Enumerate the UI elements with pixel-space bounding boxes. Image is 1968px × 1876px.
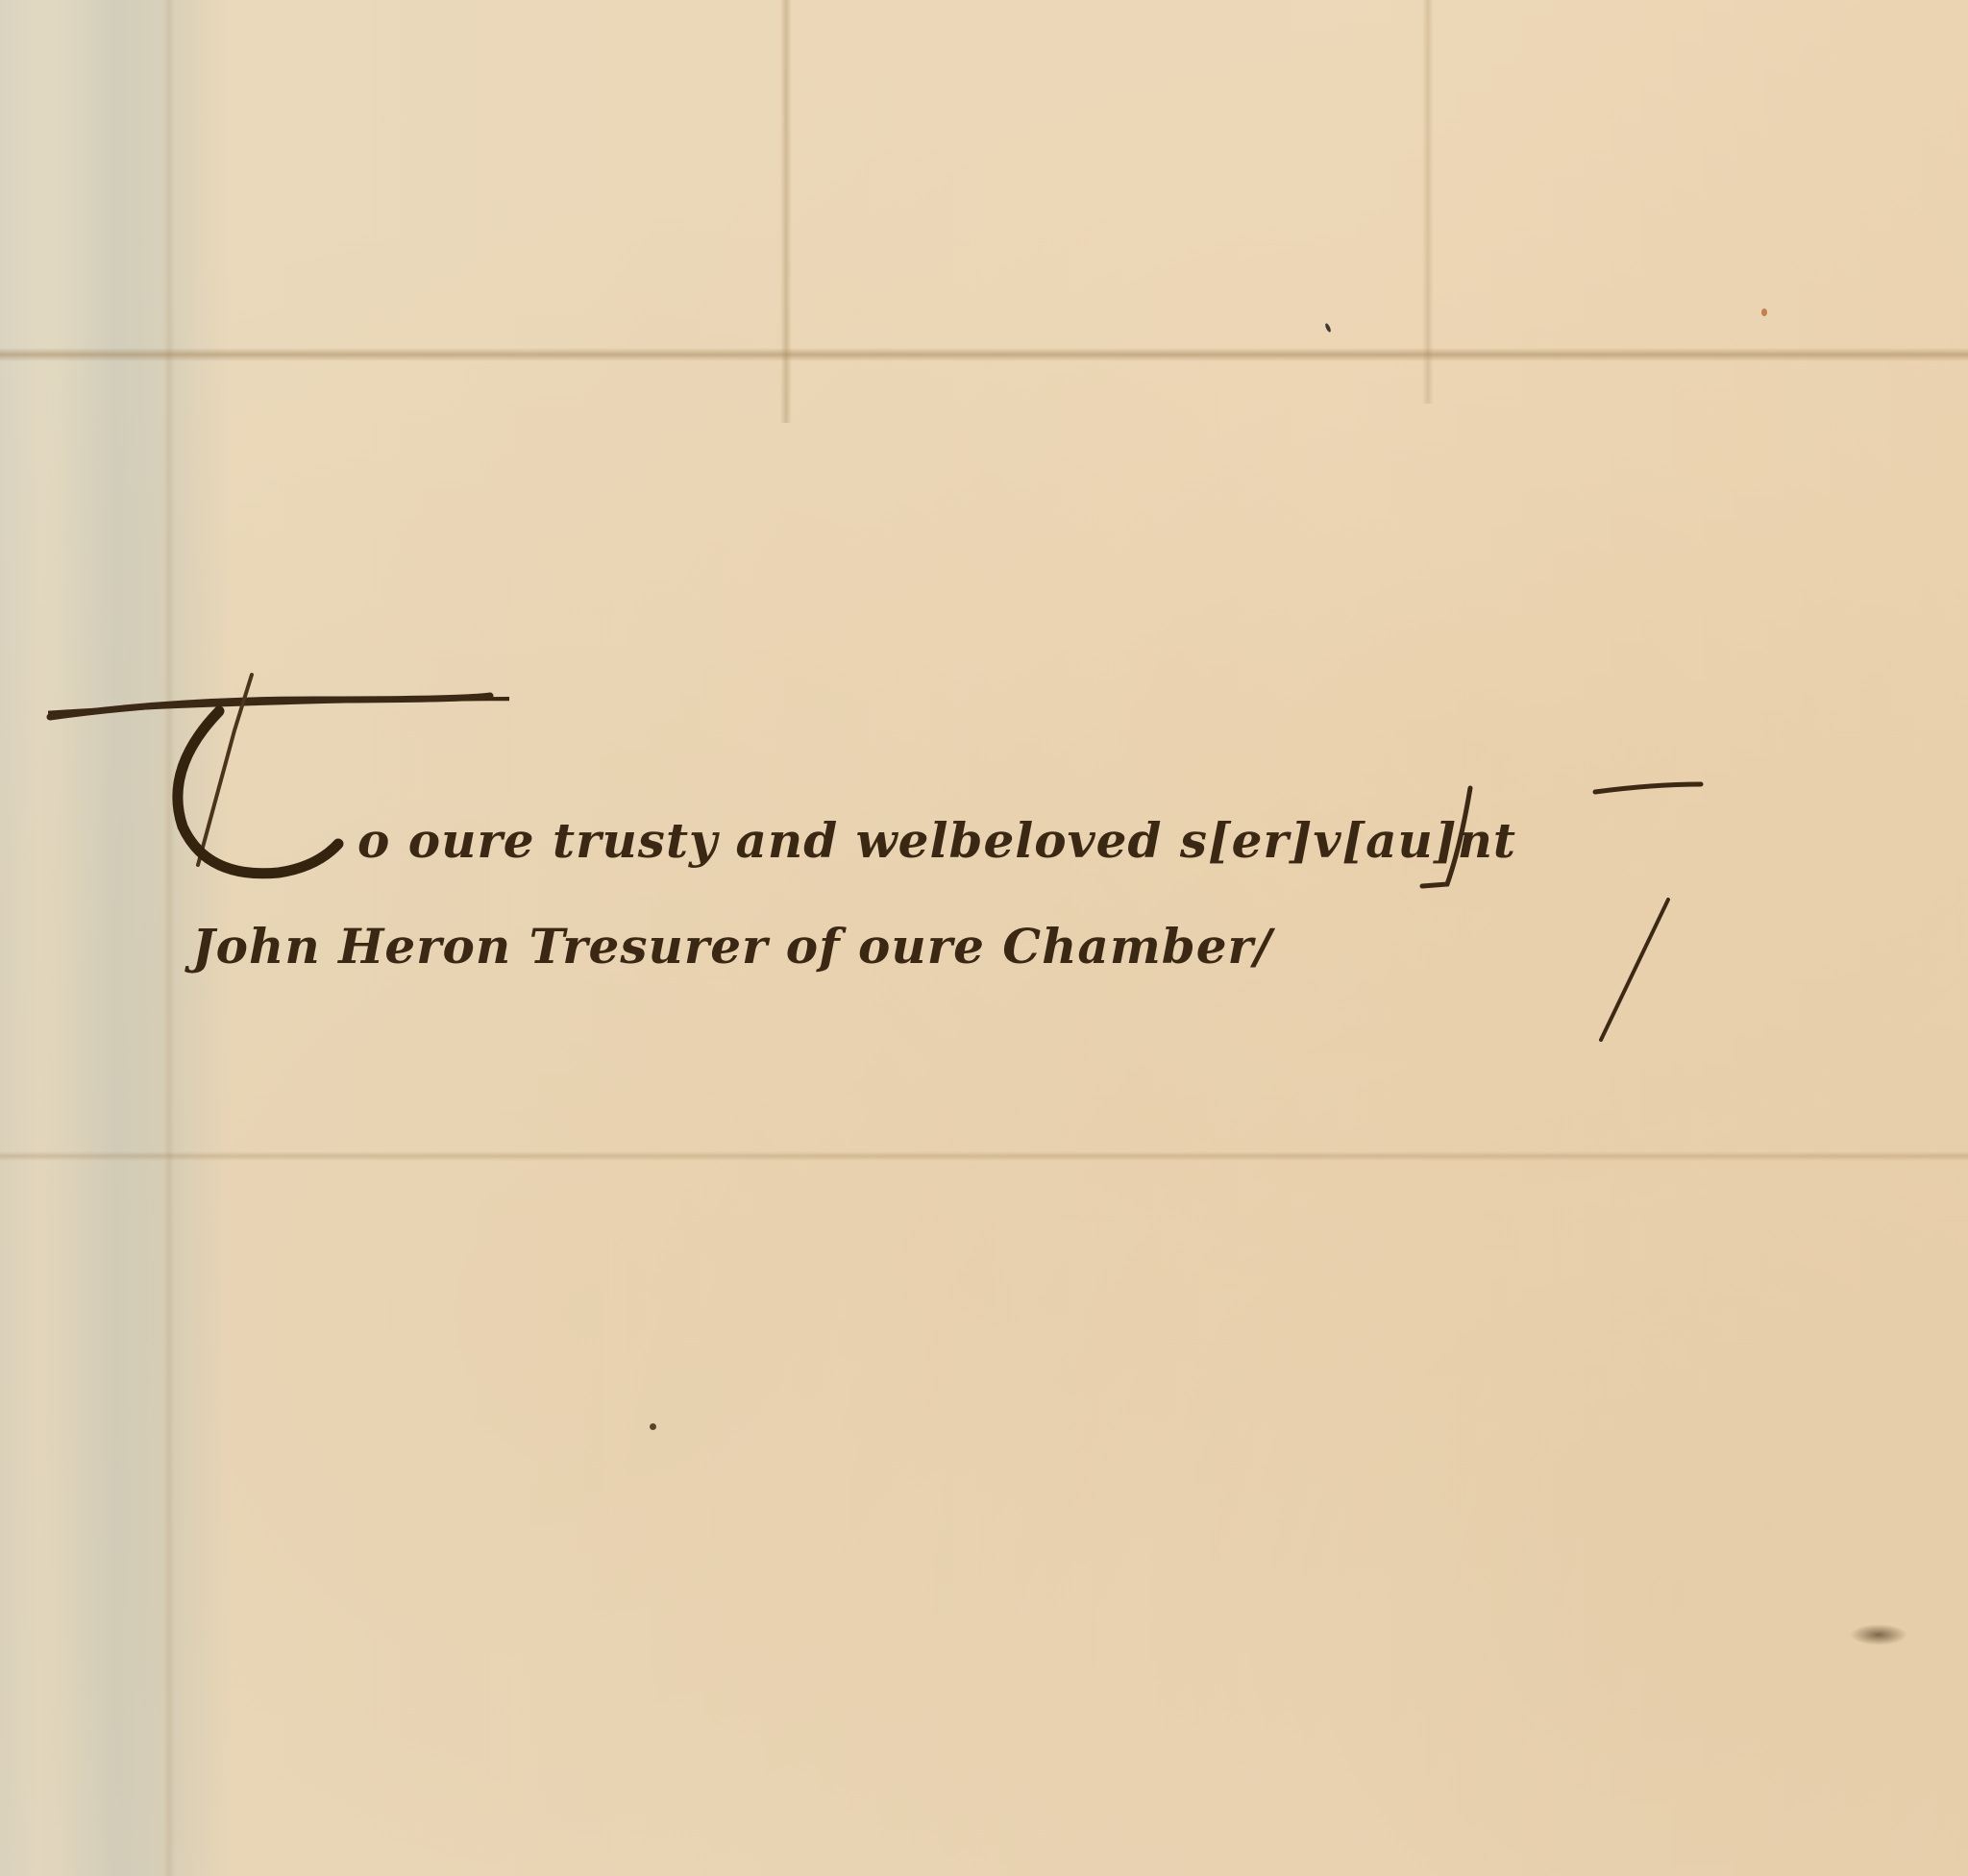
- letter-address: o oure trusty and welbeloved s[er]v[au]n…: [0, 0, 1968, 1876]
- address-line-2: John Heron Tresurer of oure Chamber/: [192, 923, 1272, 971]
- address-line-1: o oure trusty and welbeloved s[er]v[au]n…: [357, 817, 1516, 865]
- manuscript-sheet: o oure trusty and welbeloved s[er]v[au]n…: [0, 0, 1968, 1876]
